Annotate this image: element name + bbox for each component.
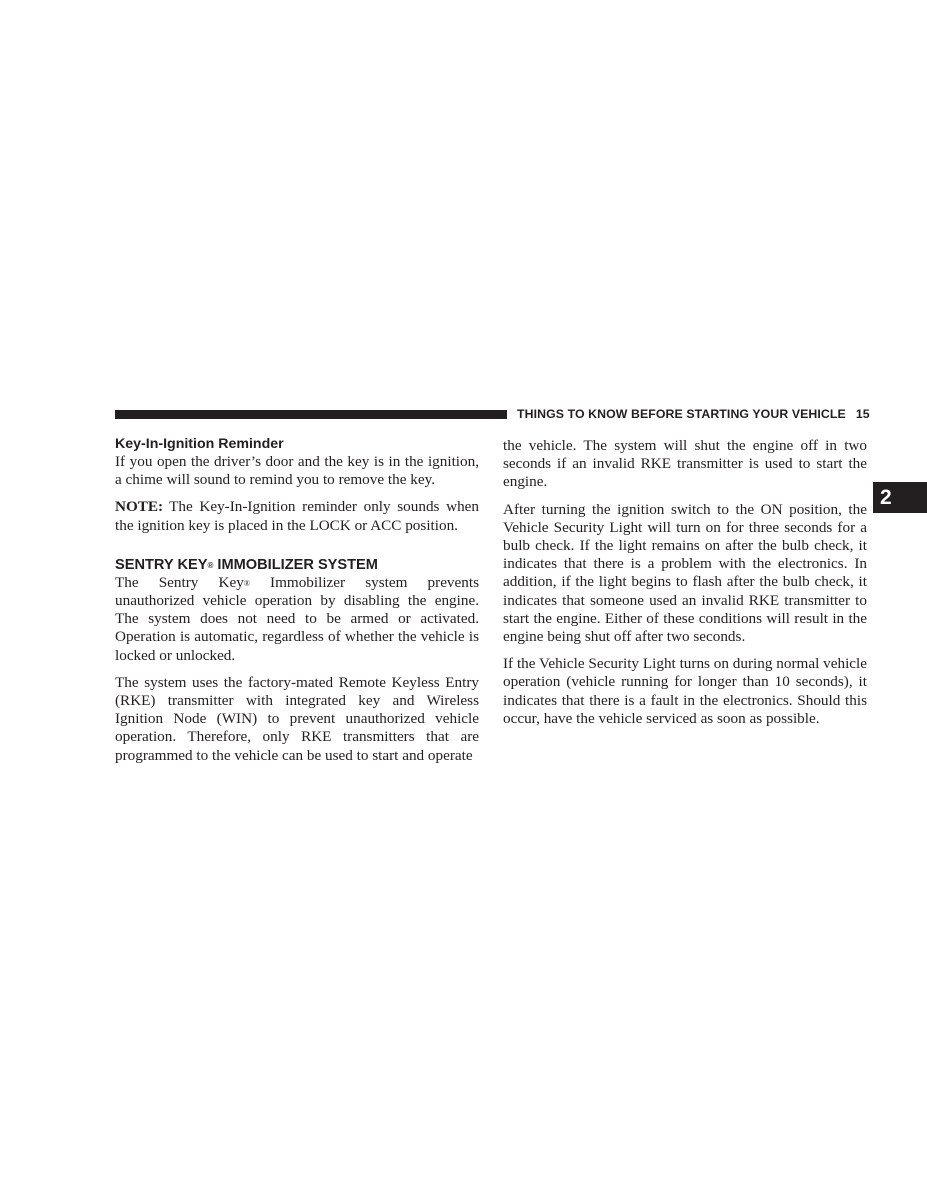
page-number: 15 — [856, 407, 870, 421]
note-text: The Key-In-Ignition reminder only sounds… — [115, 498, 479, 533]
heading-text: IMMOBILIZER SYSTEM — [213, 557, 378, 573]
paragraph-continued: the vehicle. The system will shut the en… — [503, 437, 867, 492]
header-rule — [115, 410, 507, 419]
section-title: THINGS TO KNOW BEFORE STARTING YOUR VEHI… — [517, 407, 846, 421]
left-column: Key-In-Ignition Reminder If you open the… — [115, 435, 479, 774]
paragraph-immobilizer-intro: The Sentry Key® Immobilizer system preve… — [115, 574, 479, 665]
right-column: the vehicle. The system will shut the en… — [503, 437, 867, 737]
text: The Sentry Key — [115, 574, 244, 591]
registered-mark: ® — [207, 561, 213, 570]
paragraph-bulb-check: After turning the ignition switch to the… — [503, 501, 867, 647]
heading-text: SENTRY KEY — [115, 557, 207, 573]
note-label: NOTE: — [115, 498, 163, 515]
registered-mark: ® — [244, 579, 250, 588]
heading-key-in-ignition: Key-In-Ignition Reminder — [115, 435, 479, 453]
paragraph-security-light: If the Vehicle Security Light turns on d… — [503, 655, 867, 728]
heading-sentry-key: SENTRY KEY® IMMOBILIZER SYSTEM — [115, 556, 479, 574]
chapter-tab: 2 — [873, 482, 927, 513]
note: NOTE:The Key-In-Ignition reminder only s… — [115, 498, 479, 534]
paragraph-immobilizer-rke: The system uses the factory-mated Remote… — [115, 674, 479, 765]
paragraph-key-reminder: If you open the driver’s door and the ke… — [115, 453, 479, 489]
running-header: THINGS TO KNOW BEFORE STARTING YOUR VEHI… — [517, 407, 870, 421]
